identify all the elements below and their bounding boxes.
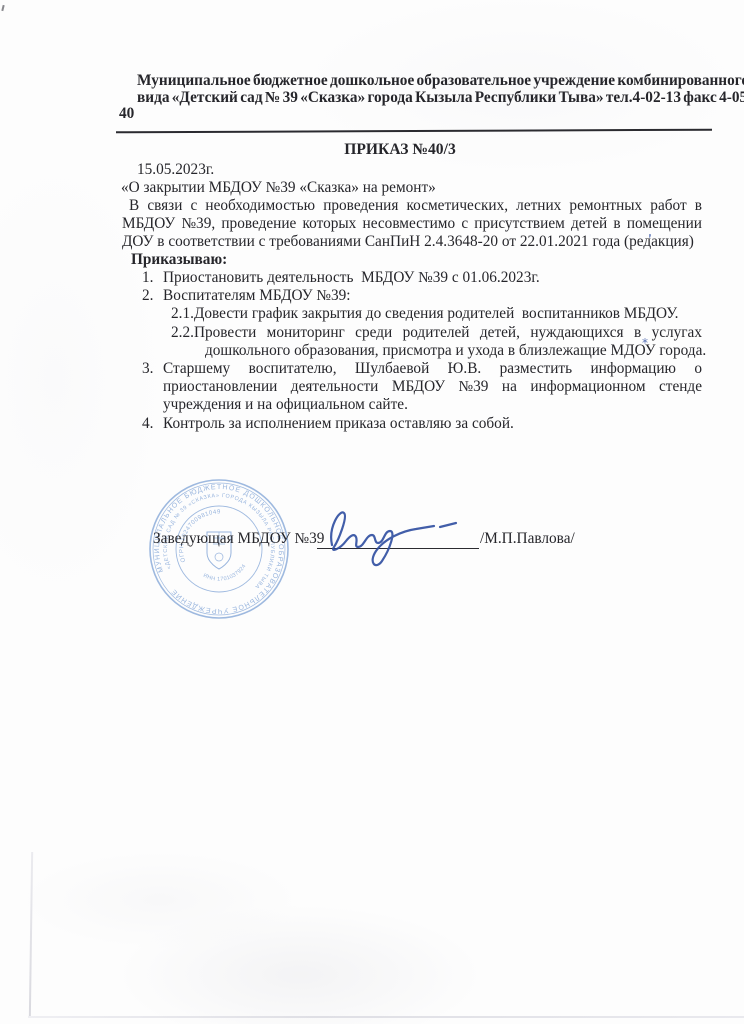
preamble-line-3: ДОУ в соответствии с требованиями СанПиН… [122,233,702,251]
preamble-line-1: В связи с необходимостью проведения косм… [122,197,702,215]
item-2-2-line-2: дошкольного образования, присмотра и ухо… [122,342,702,360]
letterhead-line-2: вида «Детский сад № 39 «Сказка» города К… [137,90,713,107]
order-title: ПРИКАЗ №40/3 [122,141,678,159]
item-4: 4. Контроль за исполнением приказа остав… [122,415,702,433]
letterhead: Муниципальное бюджетное дошкольное образ… [137,73,713,123]
item-1: 1. Приостановить деятельность МБДОУ №39 … [122,269,702,287]
item-2-1: 2.1.Довести график закрытия до сведения … [122,305,702,323]
order-date: 15.05.2023г. [137,161,214,179]
order-intro: Приказываю: [131,251,227,269]
order-subject: «О закрытии МБДОУ №39 «Сказка» на ремонт… [121,179,436,197]
order-preamble: В связи с необходимостью проведения косм… [122,197,702,252]
page-edge-bottom [28,1016,744,1018]
official-stamp: МУНИЦИПАЛЬНОЕ БЮДЖЕТНОЕ ДОШКОЛЬНОЕ ОБРАЗ… [147,477,291,621]
item-3-line-3: учреждения и на официальном сайте. [122,396,702,414]
item-2: 2. Воспитателям МБДОУ №39: [122,287,702,305]
letterhead-line-3: 40 [119,106,713,123]
scan-speck [1,5,4,11]
letterhead-rule [116,129,712,134]
order-items: 1. Приостановить деятельность МБДОУ №39 … [122,269,702,433]
item-3-line-1: 3. Старшему воспитателю, Шулбаевой Ю.В. … [122,360,702,378]
stamp-rings [150,480,288,618]
page-edge-left [29,852,33,1018]
pen-mark-under-goroda: * [642,336,648,350]
preamble-line-2: МБДОУ №39, проведение которых несовмести… [122,215,702,233]
signature-name: /М.П.Павлова/ [480,530,575,548]
scanned-order-document: Муниципальное бюджетное дошкольное образ… [0,0,744,1024]
signature-label: Заведующая МБДОУ №39 [153,530,324,548]
letterhead-line-1: Муниципальное бюджетное дошкольное образ… [137,73,713,90]
stamp-ring-text: МУНИЦИПАЛЬНОЕ БЮДЖЕТНОЕ ДОШКОЛЬНОЕ ОБРАЗ… [147,477,291,621]
handwritten-signature [318,497,468,567]
item-2-2-line-1: 2.2.Провести мониторинг среди родителей … [122,324,702,342]
item-3-line-2: приостановлении деятельности МБДОУ №39 н… [122,378,702,396]
